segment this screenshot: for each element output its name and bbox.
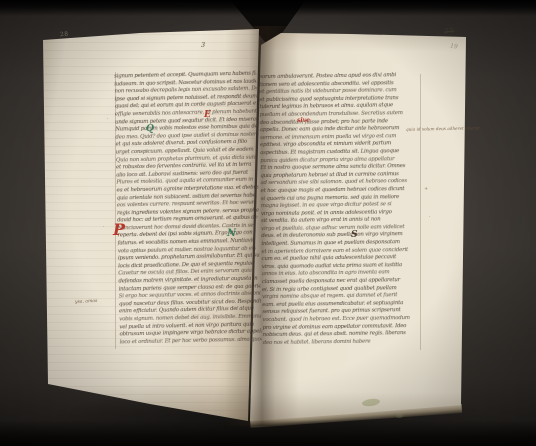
photo-top-border [0,0,536,16]
rubricated-word: sive [297,118,310,124]
manuscript-text-line: deo nos et habitet. liberans domini habe… [263,338,423,348]
right-page-text-block: eorum ambulaverunt. Postea alma apud eos… [259,72,423,354]
folio-number-pencil: 28 [60,31,69,39]
folio-number-struck: 25 [444,26,456,35]
photo-bottom-border [0,420,536,446]
margin-mark: · [107,117,109,122]
parchment-stain [396,414,403,418]
margin-mark: · [103,225,105,230]
quire-mark: 3 [201,41,205,49]
margin-mark: · [429,215,431,220]
manuscript-photograph: signum petentem et accepit. Quamquam ver… [0,0,536,446]
flourished-initial-n: N [227,229,236,239]
flourished-initial-q: Q [146,125,154,134]
ink-initial-s: S [351,231,358,240]
folio-number-pencil-right: 19 [450,43,459,51]
manuscript-text-line: loco et ordinatur. Et per hoc verbo poss… [120,336,262,347]
left-page-text-block: signum petentem et accepit. Quamquam ver… [114,71,262,352]
rubric-initial-p: P [113,222,125,238]
rubric-initial-e: E [204,111,211,120]
margin-mark: + [424,187,428,192]
